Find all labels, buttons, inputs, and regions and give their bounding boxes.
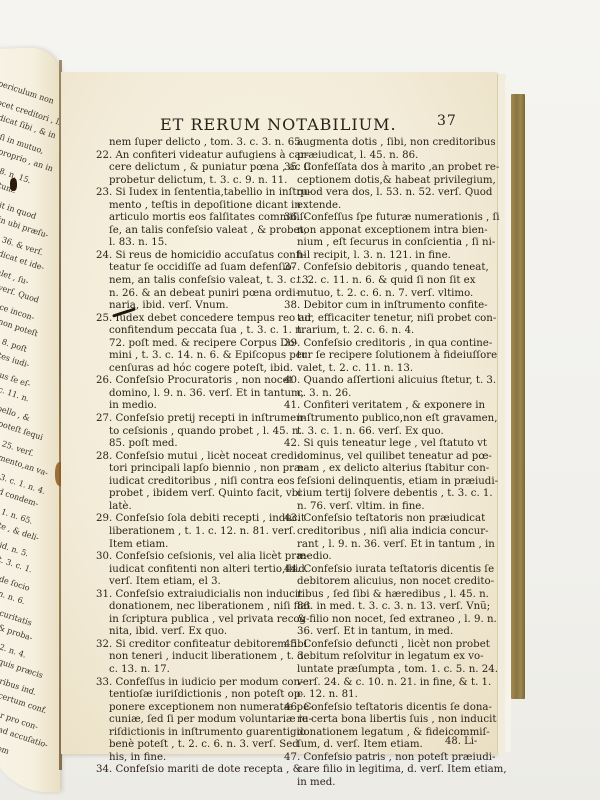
index-continuation-line: cium tertij ſolvere debentis , t. 3. c. … (284, 488, 466, 501)
index-continuation-line: donationem, nec liberationem , niſi fiat (96, 601, 278, 614)
index-continuation-line: to ceſsionis , quando probet , l. 45. n. (96, 426, 278, 439)
index-continuation-line: nem, an talis confeſsio valeat, t. 3. c.… (96, 275, 278, 288)
index-continuation-line: ceptionem dotis,& habeat privilegium, (284, 175, 466, 188)
index-continuation-line: verſ. Item etiam, el 3. (96, 576, 278, 589)
index-entry-line: 26. Confeſsio Procuratoris , non nocet (96, 375, 278, 388)
index-continuation-line: & filio non nocet, ſed extraneo , l. 9. … (284, 614, 466, 627)
index-column-left: nem ſuper delicto , tom. 3. c. 3. n. 65.… (96, 137, 278, 777)
index-continuation-line: articulo mortis eos falſitates commiſiſ- (96, 212, 278, 225)
index-continuation-line: tur, efficaciter tenetur, niſi probet co… (284, 313, 466, 326)
index-continuation-line: 85. poſt med. (96, 438, 278, 451)
index-continuation-line: cere delictum , & puniatur pœna , ac ſi (96, 162, 278, 175)
page-number: 37 (437, 113, 457, 129)
index-continuation-line: mini , t. 3. c. 14. n. 6. & Epiſcopus pe… (96, 350, 278, 363)
left-page-text-fragment: t. 3. c. 1. (0, 555, 34, 576)
left-page-text-fragment: verſ. Quod (0, 283, 40, 306)
index-continuation-line: ſum, d. verſ. Item etiam. (284, 739, 466, 752)
index-continuation-line: latè. (96, 501, 278, 514)
index-entry-line: 22. An confiteri videatur aufugiens à ca… (96, 150, 278, 163)
index-continuation-line: 72. poſt med. & recipere Corpus Do- (96, 338, 278, 351)
index-continuation-line: domino, l. 9. n. 36. verſ. Et in tantum, (96, 388, 278, 401)
index-continuation-line: mento , teſtis in depoſitione dicant in (96, 200, 278, 213)
index-continuation-line: medio. (284, 551, 466, 564)
index-continuation-line: mutuo, t. 2. c. 6. n. 7. verſ. vltimo. (284, 288, 466, 301)
index-continuation-line: extende. (284, 200, 466, 213)
index-entry-line: 40. Quando aſſertioni alicuius ſtetur, t… (284, 375, 466, 388)
index-entry-line: 30. Confeſsio ceſsionis, vel alia licèt … (96, 551, 278, 564)
index-continuation-line: t. 2. c. 11. n. 6. & quid ſi non ſit ex (284, 275, 466, 288)
book-cover-edge (511, 94, 525, 699)
index-entry-line: 35. Confeſſata dos à marito ,an probet r… (284, 162, 466, 175)
index-entry-line: 47. Confeſsio patris , non poteſt præiud… (284, 752, 466, 765)
index-continuation-line: cenſuras ad hóc cogere poteſt, ibid. (96, 363, 278, 376)
index-continuation-line: t. 3. c. 1. n. 66. verſ. Ex quo. (284, 426, 466, 439)
index-entry-line: 29. Confeſsio ſola debiti recepti , indu… (96, 513, 278, 526)
running-head-title: ET RERUM NOTABILIUM. (160, 115, 397, 134)
index-continuation-line: creditoribus , niſi alia indicia concur- (284, 526, 466, 539)
index-continuation-line: ribus , ſed ſibi & hæredibus , l. 45. n. (284, 589, 466, 602)
index-continuation-line: probet , ibidem verſ. Quinto facit, vbi (96, 488, 278, 501)
index-entry-line: 41. Confiteri veritatem , & exponere in (284, 400, 466, 413)
index-continuation-line: dominus, vel quilibet teneatur ad pœ- (284, 451, 466, 464)
index-entry-line: 38. Debitor cum in inſtrumento confite- (284, 300, 466, 313)
index-entry-line: 46. Confeſsio teſtatoris dicentis ſe don… (284, 702, 466, 715)
index-continuation-line: c. 3. n. 26. (284, 388, 466, 401)
index-continuation-line: in ſcriptura publica , vel privata recog… (96, 614, 278, 627)
index-entry-line: 24. Si reus de homicidio accuſatus confi… (96, 250, 278, 263)
index-continuation-line: n. 76. verſ. vltim. in fine. (284, 501, 466, 514)
index-continuation-line: in medio. (96, 400, 278, 413)
index-entry-line: 28. Confeſsio mutui , licèt noceat credi… (96, 451, 278, 464)
index-continuation-line: Item etiam. (96, 539, 278, 552)
index-entry-line: 31. Confeſsio extraiudicialis non induci… (96, 589, 278, 602)
index-continuation-line: rant , l. 9. n. 36. verſ. Et in tantum ,… (284, 539, 466, 552)
index-continuation-line: ponere exceptionem non numeratæ pe- (96, 702, 278, 715)
index-entry-line: 33. Confeſſus in iudicio per modum con- (96, 677, 278, 690)
index-continuation-line: verſ. 24. & c. 10. n. 21. in fine, & t. … (284, 677, 466, 690)
index-continuation-line: liberationem , t. 1. c. 12. n. 81. verſ. (96, 526, 278, 539)
index-continuation-line: debitorem alicuius, non nocet credito- (284, 576, 466, 589)
index-continuation-line: non teneri , inducit liberationem , t. 3… (96, 651, 278, 664)
index-entry-line: 27. Confeſsio pretij recepti in inſtrume… (96, 413, 278, 426)
index-continuation-line: probetur delictum, t. 3. c. 9. n. 11. (96, 175, 278, 188)
index-column-right: augmenta dotis , ſibi, non creditoribusp… (284, 137, 466, 789)
index-continuation-line: c. 13. n. 17. (96, 664, 278, 677)
index-continuation-line: trarium, t. 2. c. 6. n. 4. (284, 325, 466, 338)
index-continuation-line: tur ſe recipere ſolutionem à fideiuſſore (284, 350, 466, 363)
index-continuation-line: donationem legatum , & fideicommiſ- (284, 727, 466, 740)
index-continuation-line: augmenta dotis , ſibi, non creditoribus (284, 137, 466, 150)
index-continuation-line: valet, t. 2. c. 11. n. 13. (284, 363, 466, 376)
index-entry-line: 25. Iudex debet concedere tempus reo ad (96, 313, 278, 326)
index-continuation-line: cuniæ, ſed ſi per modum voluntariæ iu- (96, 714, 278, 727)
left-page-text-fragment: nem (0, 742, 10, 757)
index-continuation-line: benè poteſt , t. 2. c. 6. n. 3. verſ. Se… (96, 739, 278, 752)
index-continuation-line: l. 83. n. 15. (96, 237, 278, 250)
index-continuation-line: iudicat creditoribus , niſi contra eos (96, 476, 278, 489)
index-continuation-line: quod vera dos, l. 53. n. 52. verſ. Quod (284, 187, 466, 200)
index-entry-line: 23. Si Iudex in ſententia,tabellio in in… (96, 187, 278, 200)
index-entry-line: 36. Confeſſus ſpe futuræ numerationis , … (284, 212, 466, 225)
index-entry-line: 32. Si creditor confiteatur debitorem ſi… (96, 639, 278, 652)
index-continuation-line: 36. verſ. Et in tantum, in med. (284, 626, 466, 639)
index-continuation-line: re certa bona libertis ſuis , non induci… (284, 714, 466, 727)
index-continuation-line: tentioſæ iuriſdictionis , non poteſt op- (96, 689, 278, 702)
index-continuation-line: his, in fine. (96, 752, 278, 765)
burn-hole (10, 178, 17, 191)
index-entry-line: 44. Confeſsio iurata teſtatoris dicentis… (284, 564, 466, 577)
index-continuation-line: præiudicat, l. 45. n. 86. (284, 150, 466, 163)
index-continuation-line: riſdictionis in inſtrumento guarentigio (96, 727, 278, 740)
index-continuation-line: nita, ibid. verſ. Ex quo. (96, 626, 278, 639)
index-continuation-line: nem ſuper delicto , tom. 3. c. 3. n. 65. (96, 137, 278, 150)
index-continuation-line: feſsioni delinquentis, etiam in præiudi- (284, 476, 466, 489)
index-continuation-line: confitendum peccata ſua , t. 3. c. 1. n. (96, 325, 278, 338)
index-entry-line: 42. Si quis teneatur lege , vel ſtatuto … (284, 438, 466, 451)
index-continuation-line: n. 26. & an debeat puniri pœna ordi- (96, 288, 278, 301)
index-entry-line: 43. Confeſsio teſtatoris non præiudicat (284, 513, 466, 526)
left-page-text-fragment: non poteſt (0, 317, 39, 339)
left-facing-page: periculum nonnocet creditori , l. 9.dica… (0, 47, 60, 794)
index-continuation-line: care filio in legitima, d. verſ. Item et… (284, 764, 466, 777)
index-continuation-line: nium , eſt ſecurus in conſcientia , ſi n… (284, 237, 466, 250)
index-continuation-line: in med. (284, 777, 466, 790)
index-continuation-line: non apponat exceptionem intra bien- (284, 225, 466, 238)
index-entry-line: 34. Confeſsio mariti de dote recepta , & (96, 764, 278, 777)
left-page-text-fragment: te , & deli- (0, 521, 40, 544)
left-page-text-fragment: tes iudi- (0, 351, 31, 371)
index-continuation-line: 86. in med. t. 3. c. 3. n. 13. verſ. Vnũ… (284, 601, 466, 614)
index-continuation-line: tori principali lapſo biennio , non præ- (96, 463, 278, 476)
index-continuation-line: c. 12. n. 81. (284, 689, 466, 702)
index-continuation-line: iudicat confitenti non alteri tertio,ibi… (96, 564, 278, 577)
index-continuation-line: nam , ex delicto alterius ſtabitur con- (284, 463, 466, 476)
index-entry-line: 45. Confeſsio defuncti , licèt non probe… (284, 639, 466, 652)
catchword: 48. Li- (445, 736, 477, 747)
index-continuation-line: hil recipit, l. 3. n. 121. in fine. (284, 250, 466, 263)
index-entry-line: 39. Confeſsio creditoris , in qua contin… (284, 338, 466, 351)
index-continuation-line: teatur ſe occidiſſe ad ſuam defenſio- (96, 262, 278, 275)
index-continuation-line: inſtrumento publico,non eſt gravamen, (284, 413, 466, 426)
index-continuation-line: luntate præſumpta , tom. 1. c. 5. n. 24. (284, 664, 466, 677)
index-continuation-line: ſe, an talis confeſsio valeat , & probet… (96, 225, 278, 238)
index-entry-line: 37. Confeſsio debitoris , quando teneat, (284, 262, 466, 275)
index-continuation-line: debitum reſolvitur in legatum ex vo- (284, 651, 466, 664)
